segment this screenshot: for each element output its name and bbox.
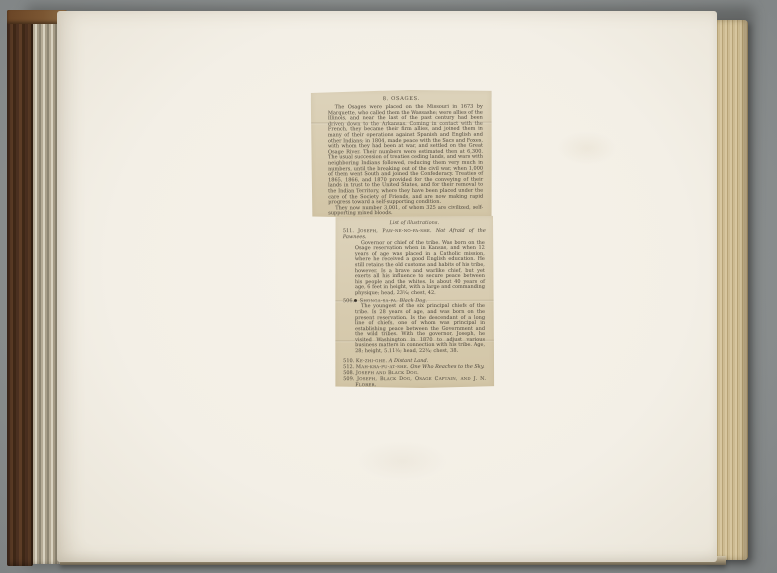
clipping-list-slip: List of illustrations. 511. Joseph, Paw-… xyxy=(335,216,494,388)
album-photograph: 8. OSAGES. The Osages were placed on the… xyxy=(0,0,777,573)
section-header: 8. OSAGES. xyxy=(319,96,484,103)
entry-number: 509. xyxy=(343,376,354,382)
clipping-seam xyxy=(335,300,494,302)
intro-paragraph: The Osages were placed on the Missouri i… xyxy=(328,105,483,206)
book-cover-board xyxy=(7,10,33,566)
clipping-top-slip: 8. OSAGES. The Osages were placed on the… xyxy=(311,90,493,219)
entry-name: Joseph, Black Dog, Osage Captain, and J.… xyxy=(355,375,486,387)
population-paragraph: They now number 3,001, of whom 325 are c… xyxy=(328,205,483,217)
page-stain xyxy=(557,131,617,165)
list-item-509: 509. Joseph, Black Dog, Osage Captain, a… xyxy=(343,375,486,387)
entry-511-description: Governor or chief of the tribe. Was born… xyxy=(355,240,485,296)
list-of-illustrations-heading: List of illustrations. xyxy=(335,220,494,226)
clipping-seam xyxy=(335,340,494,342)
page-stain xyxy=(357,441,447,481)
entry-title: One Who Reaches to the Sky. xyxy=(410,363,484,369)
entry-506-description: The youngest of the six principal chiefs… xyxy=(355,304,485,355)
entry-name: Joseph, Paw-ne-no-pa-she. xyxy=(358,228,432,234)
